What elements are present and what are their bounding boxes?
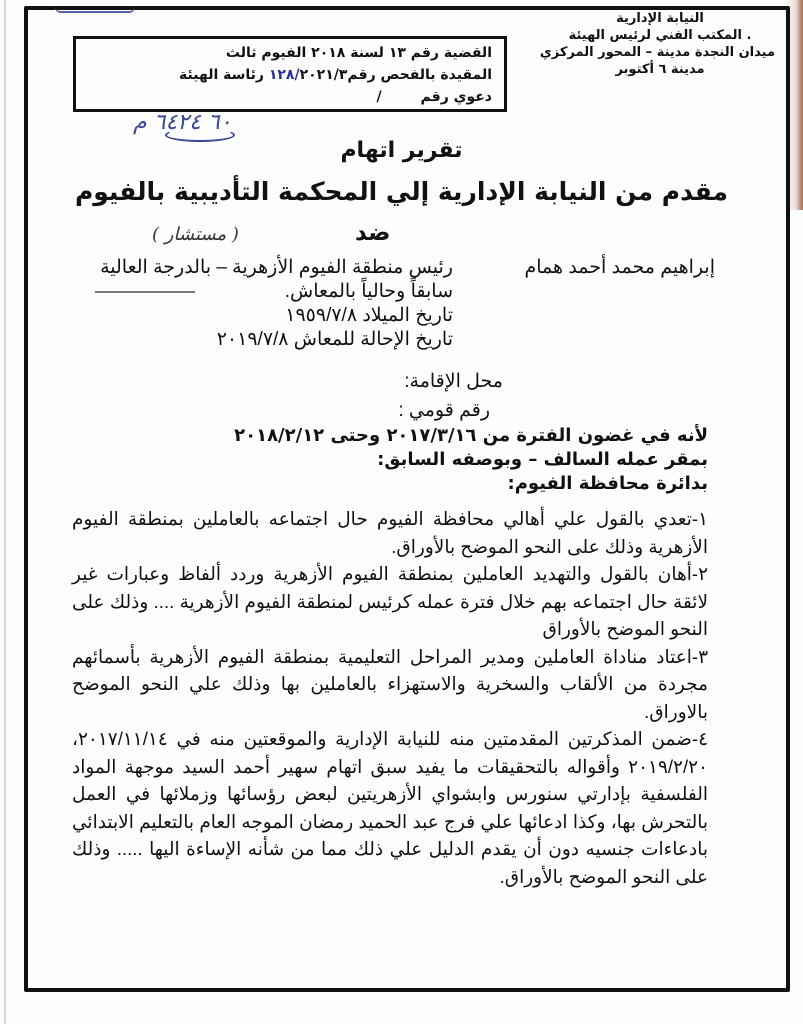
charge-item: ١-تعدي بالقول علي أهالي محافظة الفيوم حا…: [72, 505, 708, 560]
period-workplace: بمقر عمله السالف – وبوصفه السابق:: [234, 448, 708, 472]
agency-address: ميدان النجدة مدينة – المحور المركزي: [545, 44, 775, 61]
registration-label: المقيدة بالفحص رقم: [347, 67, 492, 83]
residence-label: محل الإقامة:: [404, 370, 503, 393]
pen-stroke: [55, 7, 135, 13]
charge-number: ١-: [692, 508, 708, 529]
defendant-birth-date: تاريخ الميلاد ١٩٥٩/٧/٨: [100, 304, 453, 328]
charge-number: ٢-: [692, 563, 708, 584]
report-title: تقرير اتهام: [0, 138, 803, 163]
charge-number: ٤-: [692, 728, 708, 749]
charge-period: لأنه في غضون الفترة من ٢٠١٧/٣/١٦ وحتى ٢٠…: [234, 424, 708, 496]
pen-underline: [95, 291, 195, 293]
handwritten-note: ( مستشار ): [152, 224, 239, 245]
agency-header: النيابة الإدارية . المكتب الفني لرئيس ال…: [545, 10, 775, 78]
handwritten-registration-number: ١٢٨/: [269, 67, 300, 83]
registration-suffix: ٢٠٢١/٣ رئاسة الهيئة: [179, 67, 347, 83]
national-id-label: رقم قومي :: [398, 399, 490, 422]
charge-item: ٤-ضمن المذكرتين المقدمتين منه للنيابة ال…: [72, 725, 708, 890]
charge-text: تعدي بالقول علي أهالي محافظة الفيوم حال …: [72, 508, 708, 557]
charges-list: ١-تعدي بالقول علي أهالي محافظة الفيوم حا…: [72, 505, 708, 890]
charge-text: أهان بالقول والتهديد العاملين بمنطقة الف…: [72, 563, 708, 639]
charge-item: ٢-أهان بالقول والتهديد العاملين بمنطقة ا…: [72, 560, 708, 643]
against-label: ضد: [355, 220, 391, 246]
agency-office: . المكتب الفني لرئيس الهيئة: [545, 27, 775, 44]
defendant-name: إبراهيم محمد أحمد همام: [524, 256, 715, 279]
defendant-position: رئيس منطقة الفيوم الأزهرية – بالدرجة الع…: [100, 256, 453, 280]
lawsuit-number: دعوي رقم /: [76, 86, 492, 108]
report-subtitle: مقدم من النيابة الإدارية إلي المحكمة الت…: [0, 177, 803, 206]
charge-number: ٣-: [692, 646, 708, 667]
defendant-info: رئيس منطقة الفيوم الأزهرية – بالدرجة الع…: [100, 256, 453, 352]
period-dates: لأنه في غضون الفترة من ٢٠١٧/٣/١٦ وحتى ٢٠…: [234, 424, 708, 448]
registration-number: المقيدة بالفحص رقم١٢٨/٢٠٢١/٣ رئاسة الهيئ…: [76, 64, 492, 86]
case-number: القضية رقم ١٣ لسنة ٢٠١٨ الفيوم ثالث: [76, 42, 492, 64]
agency-name: النيابة الإدارية: [545, 10, 775, 27]
defendant-retirement-date: تاريخ الإحالة للمعاش ٢٠١٩/٧/٨: [100, 328, 453, 352]
case-info-box: القضية رقم ١٣ لسنة ٢٠١٨ الفيوم ثالث المق…: [73, 36, 507, 112]
agency-city: مدينة ٦ أكتوبر: [545, 61, 775, 78]
charge-item: ٣-اعتاد مناداة العاملين ومدير المراحل ال…: [72, 643, 708, 726]
period-jurisdiction: بدائرة محافظة الفيوم:: [234, 472, 708, 496]
charge-text: اعتاد مناداة العاملين ومدير المراحل التع…: [72, 646, 708, 722]
charge-text: ضمن المذكرتين المقدمتين منه للنيابة الإد…: [72, 728, 708, 887]
